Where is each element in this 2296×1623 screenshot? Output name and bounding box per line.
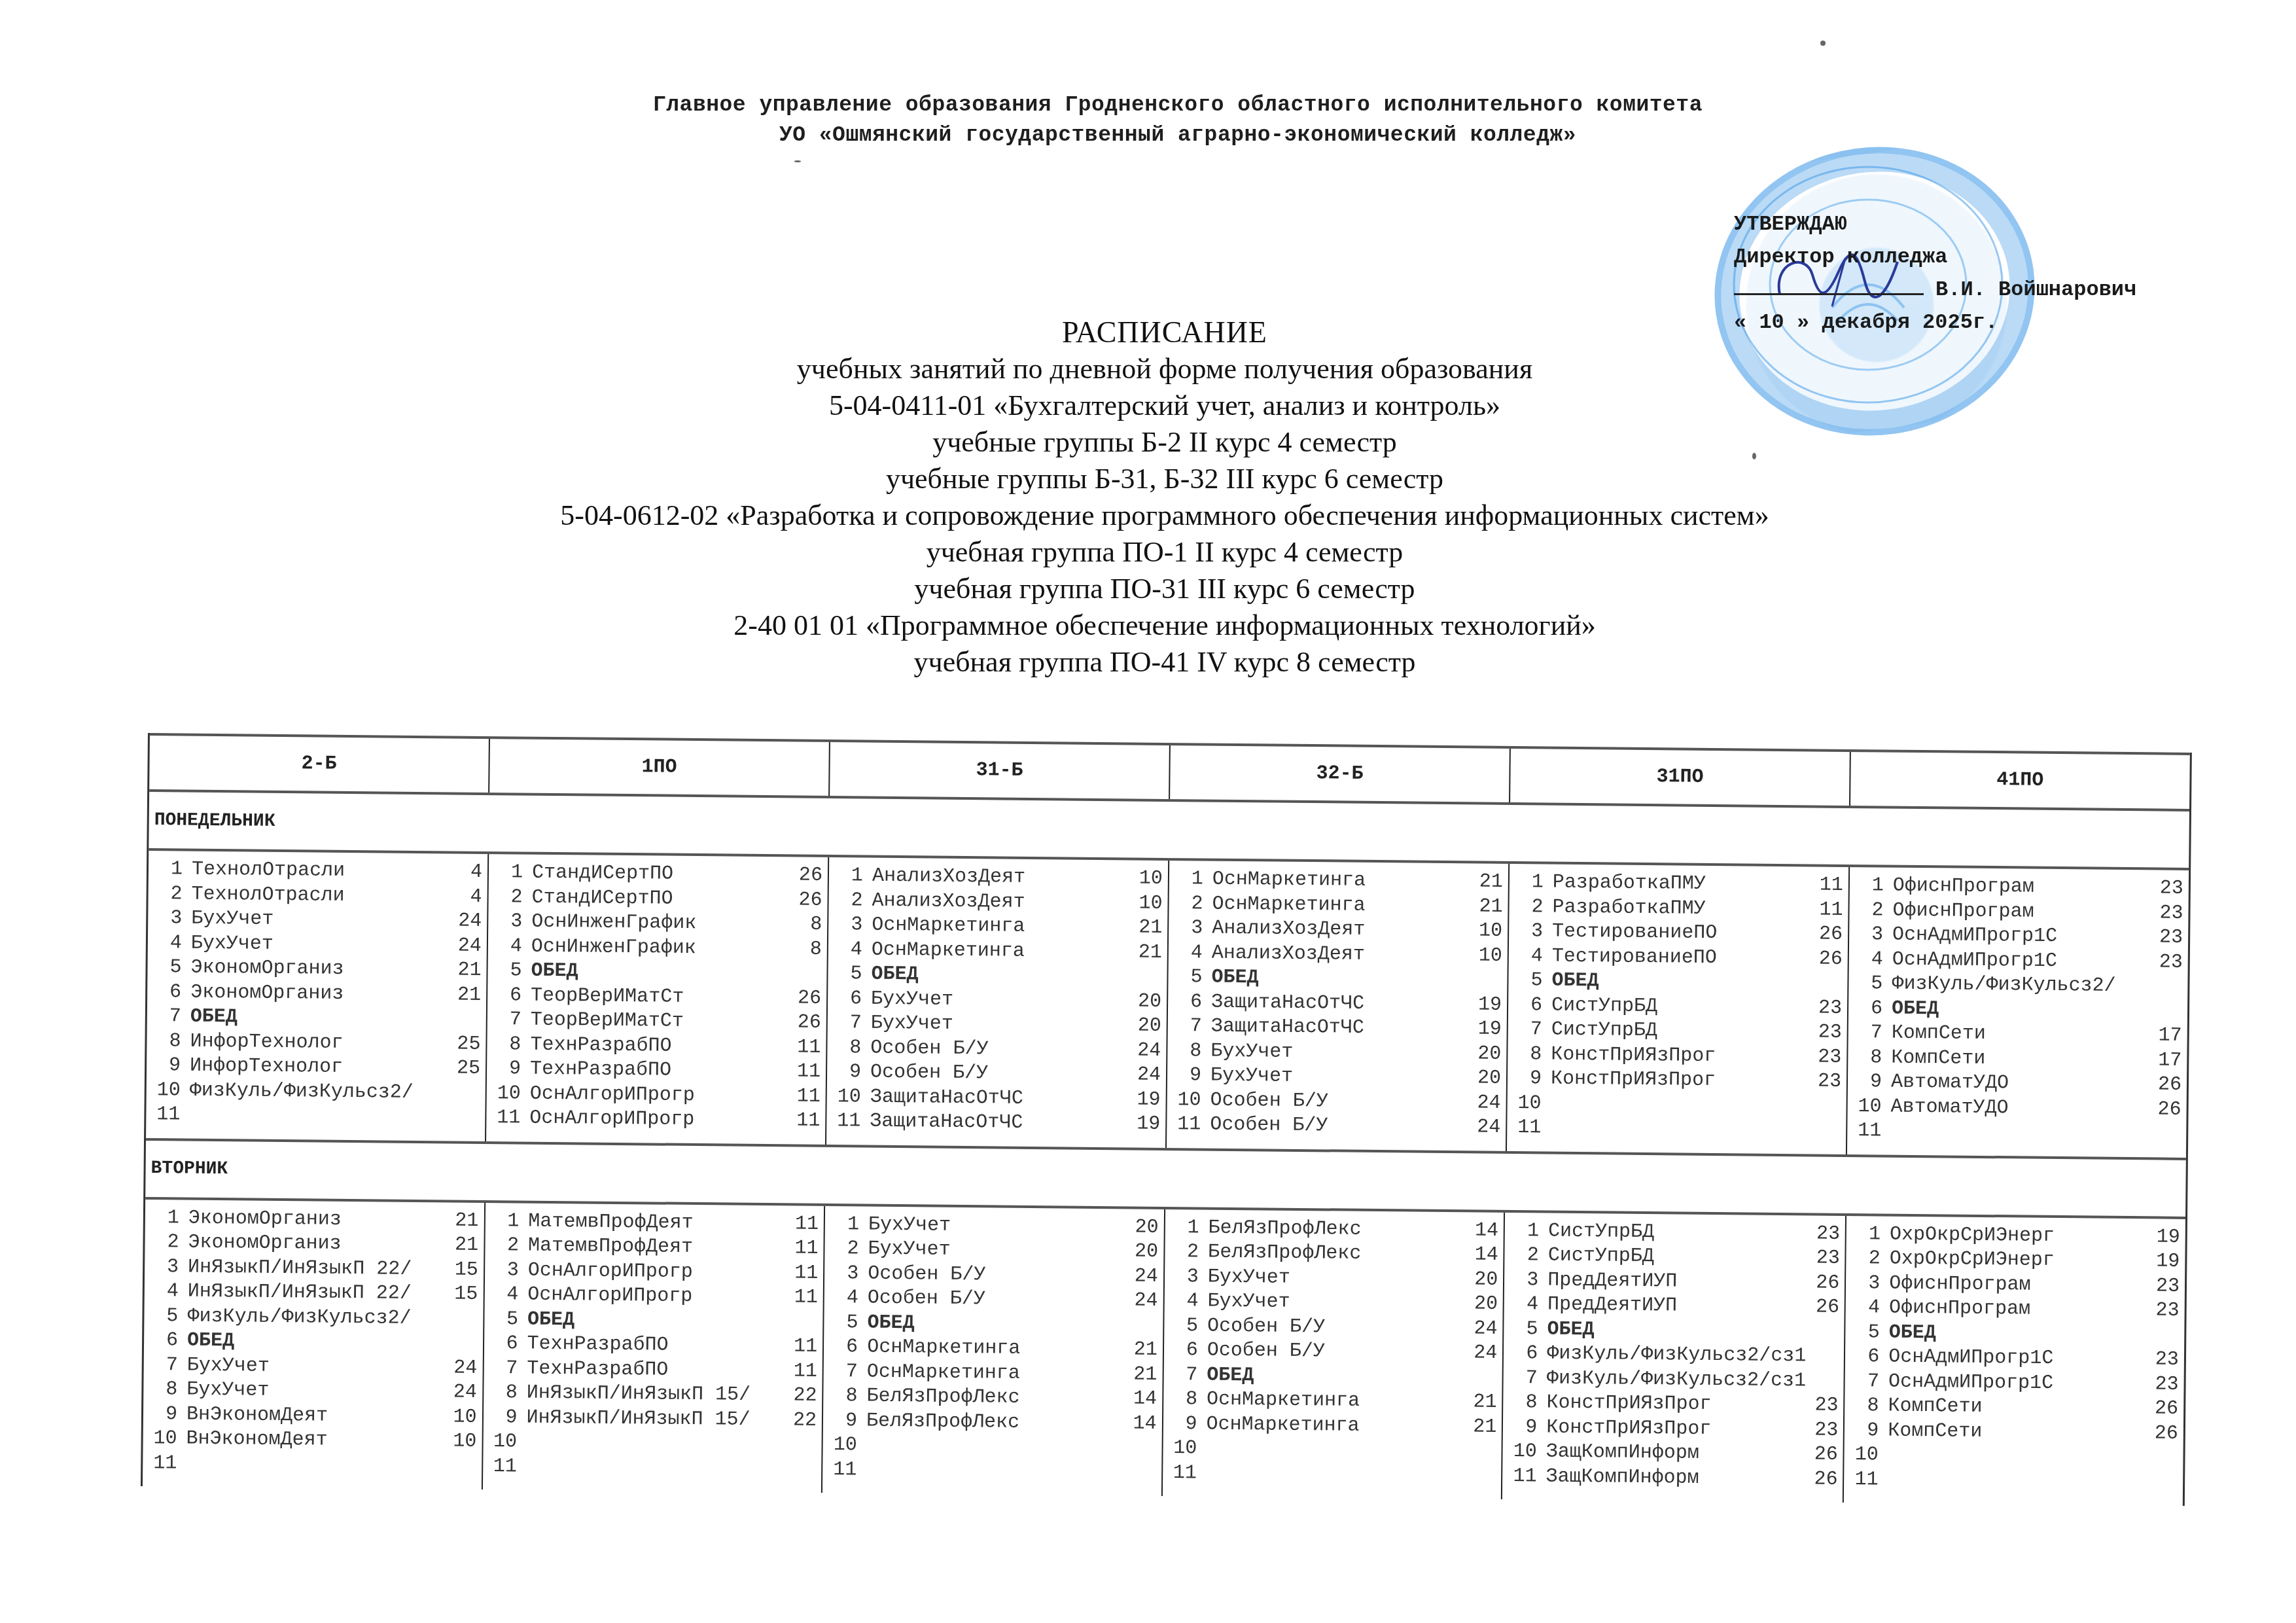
lesson-number: 7 bbox=[487, 1357, 527, 1382]
lesson-subject: БухУчет bbox=[868, 1238, 1125, 1264]
lesson-row: 4ИнЯзыкП/ИнЯзыкП 22/15 bbox=[149, 1279, 478, 1307]
lesson-row: 4ПредДеятИУП26 bbox=[1508, 1293, 1839, 1320]
scan-speck bbox=[794, 160, 801, 162]
lesson-subject: ИнЯзыкП/ИнЯзыкП 22/ bbox=[188, 1255, 446, 1282]
lesson-row: 5Особен Б/У24 bbox=[1168, 1314, 1498, 1342]
lesson-row: 11ЗащитаНасОтЧС19 bbox=[830, 1109, 1160, 1137]
lesson-room bbox=[1806, 1369, 1839, 1394]
lesson-number: 4 bbox=[1508, 1293, 1547, 1317]
lesson-subject: ОснМаркетинга bbox=[1207, 1388, 1464, 1415]
lesson-subject: ЭкономОрганиз bbox=[188, 1206, 446, 1233]
lesson-number: 4 bbox=[832, 938, 872, 963]
lesson-room: 23 bbox=[2150, 925, 2183, 950]
lesson-room: 24 bbox=[449, 934, 482, 959]
lesson-number: 1 bbox=[1850, 1222, 1890, 1247]
lesson-subject: ТехнолОтрасли bbox=[192, 858, 450, 885]
lesson-room: 26 bbox=[1805, 1442, 1838, 1467]
lesson-number: 5 bbox=[148, 1304, 187, 1329]
group-day-cell: 1РазработкаПМУ112РазработкаПМУ113Тестиро… bbox=[1507, 864, 1850, 1154]
lesson-room: 23 bbox=[1809, 1020, 1842, 1045]
lesson-subject: ФизКуль/ФизКульсз2/ bbox=[190, 1079, 448, 1105]
lesson-number: 2 bbox=[832, 889, 872, 914]
lesson-subject: КомпСети bbox=[1888, 1419, 2146, 1446]
lesson-number: 4 bbox=[152, 931, 191, 956]
lesson-room bbox=[788, 961, 821, 986]
lesson-number: 8 bbox=[1507, 1391, 1546, 1416]
lesson-room: 26 bbox=[788, 1010, 821, 1035]
lesson-row: 4ОснМаркетинга21 bbox=[832, 938, 1162, 965]
lesson-subject: ОБЕД bbox=[1889, 1321, 2147, 1347]
lesson-number: 9 bbox=[831, 1060, 870, 1085]
lesson-row: 8БухУчет20 bbox=[1171, 1039, 1501, 1067]
lesson-room: 11 bbox=[785, 1359, 817, 1384]
lesson-room bbox=[1806, 1344, 1839, 1369]
lesson-number: 7 bbox=[151, 1005, 190, 1029]
lesson-number: 11 bbox=[1848, 1467, 1887, 1492]
lesson-row: 7ЗащитаНасОтЧС19 bbox=[1172, 1014, 1502, 1042]
lesson-subject: ТестированиеПО bbox=[1552, 920, 1810, 947]
lesson-row: 5ОБЕД bbox=[828, 1311, 1157, 1338]
lesson-subject: ОБЕД bbox=[1211, 966, 1469, 993]
lesson-room: 26 bbox=[2146, 1397, 2178, 1421]
group-day-cell: 1СтандИСертПО262СтандИСертПО263ОснИнженГ… bbox=[486, 854, 829, 1144]
lesson-room: 21 bbox=[448, 958, 481, 983]
lesson-number: 7 bbox=[1852, 1021, 1892, 1046]
group-header: 1ПО bbox=[489, 739, 830, 796]
lesson-row: 10АвтоматУДО26 bbox=[1851, 1095, 2181, 1122]
lesson-subject: СистУпрБД bbox=[1548, 1219, 1807, 1246]
lesson-number: 8 bbox=[1848, 1394, 1888, 1419]
lesson-number: 4 bbox=[1168, 1289, 1207, 1314]
lesson-number: 6 bbox=[1512, 993, 1551, 1018]
lesson-room: 23 bbox=[1809, 1045, 1841, 1070]
lesson-row: 8БелЯзПрофЛекс14 bbox=[827, 1384, 1157, 1412]
lesson-row: 3ОснАдмИПрогр1С23 bbox=[1853, 923, 2183, 950]
lesson-room bbox=[444, 1454, 476, 1479]
lesson-room: 26 bbox=[1807, 1295, 1839, 1320]
lesson-subject: ОфиснПрограм bbox=[1893, 874, 2151, 901]
lesson-row: 1СистУпрБД23 bbox=[1509, 1219, 1840, 1247]
lesson-row: 9БухУчет20 bbox=[1171, 1063, 1501, 1091]
lesson-subject: БелЯзПрофЛекс bbox=[866, 1409, 1124, 1436]
lesson-room: 23 bbox=[2150, 950, 2183, 975]
lesson-subject: Особен Б/У bbox=[1207, 1314, 1465, 1341]
lesson-number: 11 bbox=[1167, 1461, 1206, 1486]
lesson-subject: БухУчет bbox=[191, 907, 449, 934]
lesson-room: 17 bbox=[2149, 1024, 2182, 1048]
lesson-room: 23 bbox=[1805, 1393, 1838, 1418]
lesson-room: 19 bbox=[1469, 993, 1502, 1018]
scan-speck bbox=[1752, 453, 1756, 459]
lesson-room: 20 bbox=[1125, 1215, 1158, 1240]
lesson-room: 25 bbox=[448, 1032, 480, 1057]
lesson-row: 9БелЯзПрофЛекс14 bbox=[827, 1409, 1157, 1436]
lesson-subject: ЭкономОрганиз bbox=[190, 956, 448, 983]
lesson-room bbox=[2149, 999, 2182, 1024]
lesson-subject: ОБЕД bbox=[187, 1329, 445, 1356]
lesson-room bbox=[783, 1457, 816, 1482]
lesson-subject: АнализХозДеят bbox=[1212, 917, 1470, 944]
lesson-number: 1 bbox=[1509, 1219, 1548, 1244]
lesson-subject: ОБЕД bbox=[1551, 969, 1809, 996]
lesson-number: 8 bbox=[491, 1033, 530, 1058]
lesson-number: 2 bbox=[828, 1237, 868, 1262]
lesson-room: 24 bbox=[1125, 1289, 1157, 1313]
lesson-row: 8КонстПрИЯзПрог23 bbox=[1507, 1391, 1838, 1418]
lesson-room: 24 bbox=[1125, 1264, 1158, 1289]
lesson-room bbox=[1809, 971, 1842, 996]
lesson-row: 10 bbox=[1848, 1443, 2178, 1471]
lesson-row: 3АнализХозДеят10 bbox=[1173, 916, 1502, 944]
lesson-room: 26 bbox=[2149, 1073, 2181, 1097]
lesson-subject: БелЯзПрофЛекс bbox=[1208, 1241, 1466, 1268]
title-line: учебная группа ПО-41 IV курс 8 семестр bbox=[262, 644, 2068, 681]
lesson-room: 26 bbox=[1810, 947, 1843, 972]
lesson-room bbox=[1808, 1118, 1841, 1143]
lesson-row: 3ОснИнженГрафик8 bbox=[492, 910, 822, 937]
lesson-room: 21 bbox=[446, 1209, 478, 1234]
lesson-row: 2ОфиснПрограм23 bbox=[1853, 899, 2183, 926]
timetable-days: ПОНЕДЕЛЬНИК1ТехнолОтрасли42ТехнолОтрасли… bbox=[143, 789, 2189, 1506]
lesson-number: 8 bbox=[1852, 1046, 1891, 1071]
lesson-room bbox=[1123, 1436, 1156, 1461]
lesson-row: 6СистУпрБД23 bbox=[1512, 993, 1842, 1021]
lesson-subject: КонстПрИЯзПрог bbox=[1546, 1416, 1805, 1442]
lesson-subject: АвтоматУДО bbox=[1890, 1095, 2148, 1122]
lesson-number: 3 bbox=[832, 913, 872, 938]
lesson-row: 7КомпСети17 bbox=[1852, 1021, 2182, 1048]
lesson-row: 10ОснАлгорИПрогр11 bbox=[491, 1082, 821, 1109]
lesson-subject: РазработкаПМУ bbox=[1553, 871, 1810, 898]
lesson-row: 5ФизКуль/ФизКульсз2/ bbox=[1852, 972, 2182, 999]
lesson-number: 3 bbox=[1513, 919, 1552, 944]
lesson-room bbox=[448, 1007, 481, 1032]
lesson-row: 4ТестированиеПО26 bbox=[1513, 944, 1843, 972]
lesson-subject: БухУчет bbox=[871, 1012, 1129, 1039]
lesson-number: 2 bbox=[149, 1230, 188, 1255]
lesson-row: 10Особен Б/У24 bbox=[1171, 1088, 1501, 1116]
lesson-subject: Особен Б/У bbox=[1210, 1113, 1468, 1140]
lesson-subject: ЗащитаНасОтЧС bbox=[1211, 1015, 1469, 1042]
lesson-subject: БухУчет bbox=[1210, 1039, 1468, 1066]
lesson-room: 20 bbox=[1465, 1292, 1498, 1317]
lesson-number: 7 bbox=[491, 1008, 531, 1033]
lesson-subject bbox=[526, 1455, 784, 1482]
lesson-number: 6 bbox=[151, 980, 190, 1005]
lesson-subject: ОснМаркетинга bbox=[1206, 1412, 1464, 1439]
lesson-row: 1МатемвПрофДеят11 bbox=[489, 1209, 819, 1237]
lesson-subject: ОснАдмИПрогр1С bbox=[1888, 1346, 2146, 1372]
lesson-row: 2ЭкономОрганиз21 bbox=[149, 1230, 478, 1258]
lesson-room: 23 bbox=[1805, 1418, 1838, 1443]
lesson-subject: ОснАлгорИПрогр bbox=[528, 1258, 786, 1285]
lesson-room: 23 bbox=[2146, 1372, 2178, 1397]
lesson-number: 3 bbox=[1173, 916, 1212, 941]
lesson-row: 11 bbox=[1848, 1467, 2178, 1495]
lesson-room: 25 bbox=[448, 1056, 480, 1081]
lesson-number: 6 bbox=[828, 1335, 867, 1360]
lesson-row: 6ОснАдмИПрогр1С23 bbox=[1849, 1345, 2179, 1372]
lesson-subject: ОснМаркетинга bbox=[1212, 868, 1470, 895]
lesson-row: 8КомпСети26 bbox=[1848, 1394, 2178, 1421]
lesson-number: 1 bbox=[493, 861, 532, 885]
lesson-row: 5ОБЕД bbox=[1512, 969, 1842, 996]
lesson-row: 8ИнЯзыкП/ИнЯзыкП 15/22 bbox=[487, 1381, 817, 1408]
lesson-room: 11 bbox=[785, 1334, 817, 1359]
lesson-row: 6ФизКуль/ФизКульсз2/сз1 bbox=[1508, 1342, 1839, 1369]
lesson-subject: ЗащКомпИнформ bbox=[1546, 1440, 1805, 1467]
lesson-number: 1 bbox=[152, 857, 192, 882]
lesson-room: 10 bbox=[1130, 866, 1163, 891]
lesson-subject: ОснАдмИПрогр1С bbox=[1888, 1370, 2146, 1397]
lesson-subject: ЭкономОрганиз bbox=[188, 1231, 446, 1258]
lesson-subject: СтандИСертПО bbox=[532, 861, 790, 888]
group-day-cell: 1МатемвПрофДеят112МатемвПрофДеят113ОснАл… bbox=[483, 1202, 826, 1492]
lesson-subject: ИнЯзыкП/ИнЯзыкП 15/ bbox=[527, 1382, 785, 1408]
lesson-number: 4 bbox=[1173, 941, 1212, 966]
group-day-cell: 1БухУчет202БухУчет203Особен Б/У244Особен… bbox=[822, 1205, 1165, 1495]
lesson-subject: ОснМаркетинга bbox=[867, 1336, 1125, 1363]
lesson-subject: АнализХозДеят bbox=[872, 865, 1130, 891]
lesson-number: 10 bbox=[1167, 1436, 1206, 1461]
lesson-room: 11 bbox=[1810, 898, 1843, 923]
lesson-row: 1ОхрОкрСрИЭнерг19 bbox=[1850, 1222, 2180, 1250]
lesson-room: 26 bbox=[790, 863, 822, 888]
lesson-room: 19 bbox=[2147, 1249, 2180, 1274]
lesson-subject: АнализХозДеят bbox=[1212, 941, 1470, 968]
lesson-room bbox=[1125, 1313, 1157, 1338]
lesson-subject: ОхрОкрСрИЭнерг bbox=[1890, 1247, 2147, 1274]
lesson-subject: СистУпрБД bbox=[1548, 1244, 1807, 1271]
lesson-number: 9 bbox=[150, 1054, 190, 1079]
lesson-number: 5 bbox=[828, 1311, 867, 1336]
lesson-row: 5ОБЕД bbox=[491, 959, 821, 986]
lesson-subject: Особен Б/У bbox=[868, 1262, 1125, 1289]
lesson-subject: ОБЕД bbox=[531, 959, 788, 986]
lesson-subject: БухУчет bbox=[186, 1378, 444, 1405]
lesson-subject: ТехнРазрабПО bbox=[527, 1332, 785, 1359]
lesson-row: 1БелЯзПрофЛекс14 bbox=[1169, 1216, 1498, 1243]
lesson-subject: АнализХозДеят bbox=[872, 889, 1129, 916]
lesson-number: 6 bbox=[1168, 1338, 1207, 1363]
lesson-row: 11ЗащКомпИнформ26 bbox=[1506, 1464, 1837, 1491]
lesson-room: 21 bbox=[1464, 1390, 1496, 1415]
lesson-subject: ОснМаркетинга bbox=[1212, 892, 1470, 919]
lesson-room: 21 bbox=[1125, 1338, 1157, 1363]
lesson-row: 5ФизКуль/ФизКульсз2/ bbox=[148, 1304, 478, 1332]
lesson-row: 3ИнЯзыкП/ИнЯзыкП 22/15 bbox=[149, 1255, 478, 1283]
lesson-subject: Особен Б/У bbox=[870, 1036, 1128, 1063]
lesson-subject bbox=[866, 1434, 1124, 1461]
lesson-number: 6 bbox=[832, 987, 871, 1012]
group-day-cell: 1ОхрОкрСрИЭнерг192ОхрОкрСрИЭнерг193Офисн… bbox=[1844, 1215, 2185, 1505]
lesson-row: 10 bbox=[487, 1430, 817, 1457]
lesson-row: 6ЗащитаНасОтЧС19 bbox=[1172, 990, 1502, 1018]
lesson-room bbox=[1463, 1464, 1496, 1489]
group-header: 2-Б bbox=[149, 736, 490, 793]
org-header-line1: Главное управление образования Гродненск… bbox=[458, 90, 1898, 120]
title-line: учебные группы Б-31, Б-32 III курс 6 сем… bbox=[262, 461, 2068, 497]
group-day-cell: 1ТехнолОтрасли42ТехнолОтрасли43БухУчет24… bbox=[146, 851, 489, 1141]
lesson-row: 10ЗащитаНасОтЧС19 bbox=[831, 1085, 1161, 1113]
lesson-number: 7 bbox=[1172, 1014, 1211, 1039]
lesson-room: 22 bbox=[784, 1408, 817, 1433]
lesson-row: 2МатемвПрофДеят11 bbox=[489, 1234, 819, 1261]
lesson-room: 10 bbox=[1129, 891, 1162, 916]
lesson-room bbox=[1469, 968, 1502, 993]
lesson-number: 9 bbox=[491, 1057, 530, 1082]
lesson-room: 11 bbox=[788, 1084, 821, 1109]
lesson-room: 20 bbox=[1129, 990, 1161, 1014]
lesson-row: 7ОБЕД bbox=[1167, 1363, 1497, 1391]
lesson-number: 3 bbox=[492, 910, 531, 935]
lesson-room: 19 bbox=[2147, 1225, 2180, 1250]
timetable: 2-Б1ПО31-Б32-Б31ПО41ПО ПОНЕДЕЛЬНИК1Техно… bbox=[141, 733, 2192, 1506]
lesson-number: 8 bbox=[147, 1378, 186, 1402]
lesson-subject: БухУчет bbox=[871, 987, 1129, 1014]
lesson-room: 24 bbox=[1464, 1341, 1497, 1366]
lesson-subject bbox=[1888, 1444, 2146, 1471]
lesson-subject: ОснИнженГрафик bbox=[531, 935, 789, 961]
lesson-room: 26 bbox=[2146, 1421, 2178, 1446]
lesson-room bbox=[2148, 1122, 2181, 1147]
lesson-row: 5ОБЕД bbox=[1508, 1317, 1839, 1344]
lesson-subject: БухУчет bbox=[191, 931, 449, 958]
lesson-subject: ОснМаркетинга bbox=[872, 938, 1129, 965]
lesson-number: 2 bbox=[492, 885, 531, 910]
lesson-subject: ОБЕД bbox=[190, 1005, 448, 1032]
lesson-number: 1 bbox=[829, 1213, 868, 1238]
lesson-subject: ОхрОкрСрИЭнерг bbox=[1890, 1222, 2147, 1249]
lesson-row: 3ОснАлгорИПрогр11 bbox=[489, 1258, 819, 1286]
lesson-row: 9Особен Б/У24 bbox=[831, 1060, 1161, 1088]
lesson-subject: ОБЕД bbox=[1547, 1317, 1806, 1344]
lesson-row: 6ТехнРазрабПО11 bbox=[487, 1332, 817, 1359]
lesson-number: 4 bbox=[492, 935, 531, 959]
lesson-subject: ОснАдмИПрогр1С bbox=[1892, 923, 2150, 950]
approver-signature-line: В.И. Войшнарович bbox=[1734, 274, 2136, 306]
group-day-cell: 1ОфиснПрограм232ОфиснПрограм233ОснАдмИПр… bbox=[1847, 867, 2189, 1157]
lesson-room: 23 bbox=[2146, 1347, 2179, 1372]
lesson-row: 2БухУчет20 bbox=[828, 1237, 1158, 1264]
lesson-room: 19 bbox=[1469, 1017, 1502, 1042]
lesson-row: 10ФизКуль/ФизКульсз2/ bbox=[150, 1079, 480, 1106]
title-line: учебные группы Б-2 II курс 4 семестр bbox=[262, 424, 2068, 461]
lesson-row: 2ТехнолОтрасли4 bbox=[152, 882, 482, 910]
lesson-number: 2 bbox=[1509, 1243, 1548, 1268]
group-header: 32-Б bbox=[1170, 745, 1511, 802]
lesson-row: 2СтандИСертПО26 bbox=[492, 885, 822, 913]
lesson-room: 26 bbox=[789, 888, 822, 913]
group-header: 31-Б bbox=[830, 742, 1171, 799]
lesson-number: 9 bbox=[1171, 1063, 1210, 1088]
lesson-number: 8 bbox=[1167, 1387, 1207, 1412]
lesson-subject: ИнфорТехнолог bbox=[190, 1054, 448, 1081]
lesson-subject: БелЯзПрофЛекс bbox=[866, 1385, 1124, 1412]
lesson-room: 21 bbox=[1124, 1363, 1157, 1387]
lesson-row: 7ТеорВерИМатСт26 bbox=[491, 1008, 821, 1035]
lesson-subject: ОБЕД bbox=[1207, 1363, 1464, 1390]
lesson-room: 4 bbox=[449, 885, 482, 910]
approver-name: В.И. Войшнарович bbox=[1935, 277, 2136, 302]
org-header-line2: УО «Ошмянский государственный аграрно-эк… bbox=[458, 120, 1898, 151]
lesson-subject: ОснМаркетинга bbox=[872, 914, 1129, 940]
lesson-number: 8 bbox=[831, 1036, 870, 1061]
lesson-room bbox=[1464, 1366, 1497, 1391]
approve-label: УТВЕРЖДАЮ bbox=[1734, 208, 2136, 241]
document-title-block: РАСПИСАНИЕ учебных занятий по дневной фо… bbox=[262, 314, 2068, 681]
lesson-number: 6 bbox=[1172, 990, 1211, 1015]
lesson-room: 20 bbox=[1125, 1240, 1158, 1264]
lesson-row: 1РазработкаПМУ11 bbox=[1513, 870, 1843, 898]
lesson-number: 3 bbox=[1853, 923, 1892, 948]
lesson-subject bbox=[189, 1103, 447, 1130]
lesson-room bbox=[448, 1081, 480, 1106]
lesson-room bbox=[2145, 1471, 2178, 1495]
lesson-number: 10 bbox=[491, 1082, 530, 1107]
lesson-number: 10 bbox=[1848, 1443, 1888, 1468]
lesson-number: 5 bbox=[1512, 969, 1551, 993]
lesson-row: 7БухУчет24 bbox=[148, 1353, 478, 1381]
lesson-row: 11ОснАлгорИПрогр11 bbox=[490, 1106, 820, 1133]
lesson-subject: БухУчет bbox=[1210, 1064, 1468, 1091]
lesson-subject: ОфиснПрограм bbox=[1889, 1296, 2147, 1323]
lesson-row: 7ТехнРазрабПО11 bbox=[487, 1357, 817, 1384]
lesson-number: 3 bbox=[828, 1262, 868, 1287]
lesson-row: 1СтандИСертПО26 bbox=[493, 861, 822, 888]
lesson-room: 20 bbox=[1468, 1066, 1501, 1091]
lesson-room: 23 bbox=[1807, 1246, 1840, 1271]
lesson-room bbox=[2149, 974, 2182, 999]
lesson-room bbox=[1808, 1094, 1841, 1119]
lesson-row: 7ОБЕД bbox=[151, 1005, 481, 1032]
lesson-room bbox=[445, 1307, 478, 1332]
lesson-row: 8ТехнРазрабПО11 bbox=[491, 1033, 821, 1060]
lesson-room: 21 bbox=[1129, 940, 1162, 965]
lesson-subject: ВнЭкономДеят bbox=[186, 1427, 444, 1454]
lesson-subject: ЗащКомпИнформ bbox=[1545, 1465, 1805, 1491]
lesson-room: 11 bbox=[1810, 873, 1843, 898]
group-header: 31ПО bbox=[1510, 749, 1851, 806]
lesson-subject: Особен Б/У bbox=[1207, 1339, 1465, 1366]
lesson-room: 21 bbox=[448, 983, 481, 1008]
lesson-row: 10 bbox=[827, 1433, 1157, 1461]
lesson-subject: ТестированиеПО bbox=[1552, 944, 1810, 971]
lesson-room: 11 bbox=[785, 1285, 818, 1310]
lesson-subject: ОфиснПрограм bbox=[1892, 899, 2150, 925]
lesson-number: 4 bbox=[149, 1279, 188, 1304]
lesson-subject: ТеорВерИМатСт bbox=[531, 984, 788, 1010]
lesson-subject: МатемвПрофДеят bbox=[528, 1234, 786, 1261]
lesson-number: 8 bbox=[1171, 1039, 1210, 1064]
lesson-number: 1 bbox=[1513, 870, 1553, 895]
lesson-number: 5 bbox=[1850, 1321, 1889, 1346]
lesson-room: 26 bbox=[788, 986, 821, 1011]
lesson-subject: ТеорВерИМатСт bbox=[531, 1008, 788, 1035]
lesson-room bbox=[1464, 1439, 1496, 1464]
lesson-subject: МатемвПрофДеят bbox=[528, 1209, 786, 1236]
lesson-subject: ОснАлгорИПрогр bbox=[530, 1082, 788, 1109]
lesson-number: 7 bbox=[1849, 1370, 1888, 1395]
lesson-room: 24 bbox=[449, 909, 482, 934]
lesson-row: 2БелЯзПрофЛекс14 bbox=[1169, 1240, 1498, 1268]
lesson-row: 5ОБЕД bbox=[1172, 965, 1502, 993]
lesson-subject bbox=[1550, 1092, 1808, 1118]
lesson-number: 6 bbox=[1849, 1345, 1888, 1370]
lesson-row: 11 bbox=[487, 1455, 817, 1482]
lesson-subject: КонстПрИЯзПрог bbox=[1551, 1043, 1809, 1069]
lesson-row: 11 bbox=[826, 1458, 1156, 1486]
